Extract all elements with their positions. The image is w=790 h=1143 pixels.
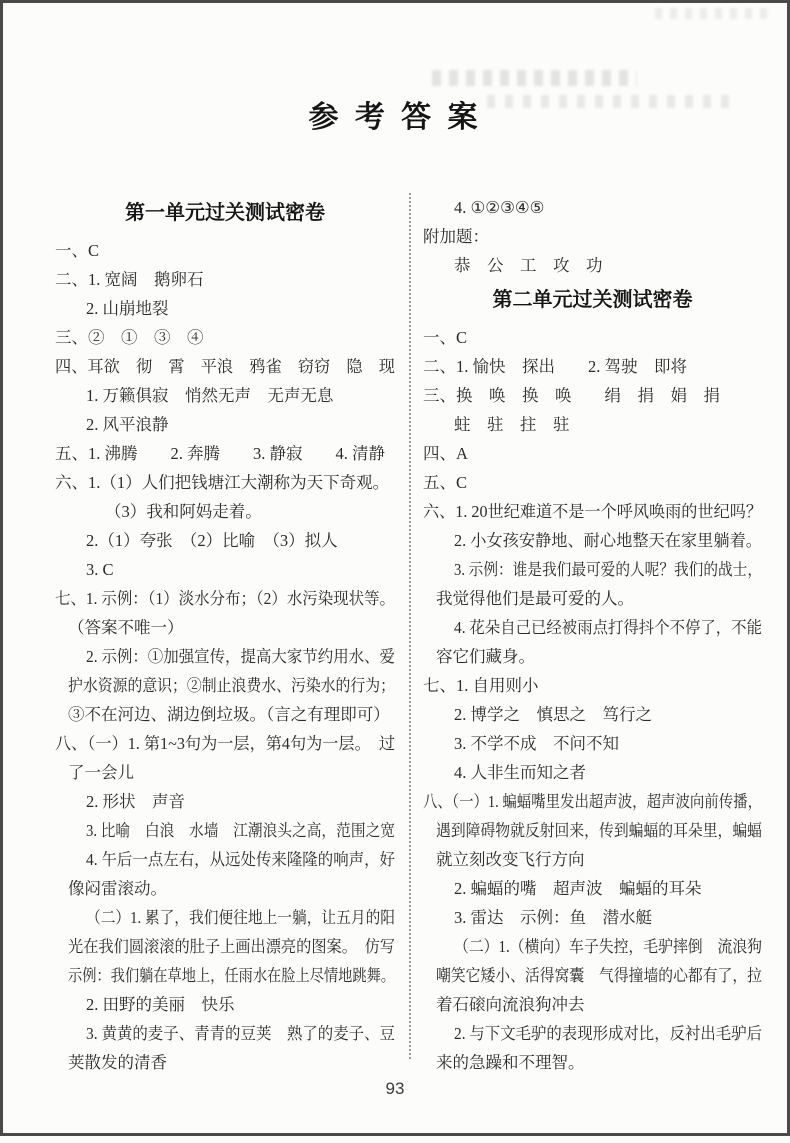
answer-line: 2. 形状 声音 [55,787,395,816]
answer-line: 五、1. 沸腾 2. 奔腾 3. 静寂 4. 清静 [55,439,395,468]
left-column: 第一单元过关测试密卷一、C二、1. 宽阔 鹅卵石2. 山崩地裂三、② ① ③ ④… [55,193,395,1077]
answer-line: 护水资源的意识；②制止浪费水、污染水的行为； [55,671,395,700]
answer-line: 3. 不学不成 不问不知 [423,729,762,758]
answer-line-text: 一、C [55,236,99,265]
answer-line-text: 4. 午后一点左右，从远处传来隆隆的响声，好 [86,845,395,874]
answer-line-text: 五、1. 沸腾 2. 奔腾 3. 静寂 4. 清静 [55,439,385,468]
answer-line-text: 2. 博学之 慎思之 笃行之 [454,700,652,729]
answer-line: 蛀 驻 拄 驻 [423,410,762,439]
answer-line-text: 四、A [423,439,468,468]
answer-line-text: 六、1.（1）人们把钱塘江大潮称为天下奇观。 [55,468,389,497]
answer-line-text: 八、（一）1. 第1~3句为一层，第4句为一层。 过 [55,729,395,758]
answer-line: 来的急躁和不理智。 [423,1048,762,1077]
answer-line: （答案不唯一） [55,613,395,642]
answer-line-text: 了一会儿 [68,758,134,787]
column-divider-dotted [409,193,411,1059]
answer-line: 五、C [423,468,762,497]
answer-line-text: 3. 雷达 示例：鱼 潜水艇 [454,903,652,932]
answer-line-text: 像闷雷滚动。 [68,874,167,903]
answer-line-text: 来的急躁和不理智。 [436,1048,585,1077]
answer-line-text: 4. 花朵自己已经被雨点打得抖个不停了，不能 [454,613,762,642]
answer-line: 2. 博学之 慎思之 笃行之 [423,700,762,729]
right-column: 4. ①②③④⑤附加题：恭 公 工 攻 功第二单元过关测试密卷一、C二、1. 愉… [423,193,762,1077]
answer-line-text: 六、1. 20世纪难道不是一个呼风唤雨的世纪吗？ [423,497,762,526]
answer-line-text: 二、1. 宽阔 鹅卵石 [55,265,204,294]
answer-line-text: 就立刻改变飞行方向 [436,845,585,874]
ink-showthrough-mark [432,70,637,86]
section-heading: 第一单元过关测试密卷 [55,199,395,228]
answer-line: 4. ①②③④⑤ [423,193,762,222]
ink-showthrough-mark [655,8,775,19]
answer-line: 荚散发的清香 [55,1048,395,1077]
answer-line-text: 示例：我们躺在草地上，任雨水在脸上尽情地跳舞。 [68,961,395,990]
answer-line: 七、1. 示例：（1）淡水分布；（2）水污染现状等。 [55,584,395,613]
answer-line: 三、② ① ③ ④ [55,323,395,352]
answer-line: 4. 午后一点左右，从远处传来隆隆的响声，好 [55,845,395,874]
answer-line-text: 四、耳欲 彻 霄 平浪 鸦雀 窃窃 隐 现 [55,352,395,381]
answer-line: 3. 黄黄的麦子、青青的豆荚 熟了的麦子、豆 [55,1019,395,1048]
answer-line-text: 七、1. 示例：（1）淡水分布；（2）水污染现状等。 [55,584,395,613]
page-number: 93 [386,1079,405,1099]
answer-line-text: 八、（一）1. 蝙蝠嘴里发出超声波，超声波向前传播， [423,787,762,816]
answer-line: 恭 公 工 攻 功 [423,251,762,280]
answer-line: 四、A [423,439,762,468]
answer-line: 容它们藏身。 [423,642,762,671]
answer-line: 示例：我们躺在草地上，任雨水在脸上尽情地跳舞。 [55,961,395,990]
answer-line: 一、C [423,323,762,352]
answer-line: 二、1. 愉快 探出 2. 驾驶 即将 [423,352,762,381]
answer-line: 六、1.（1）人们把钱塘江大潮称为天下奇观。 [55,468,395,497]
answer-line-text: 着石磙向流浪狗冲去 [436,990,585,1019]
answer-line: 2. 风平浪静 [55,410,395,439]
answer-line: （3）我和阿妈走着。 [55,497,395,526]
answer-line-text: 七、1. 自用则小 [423,671,539,700]
answer-line-text: 护水资源的意识；②制止浪费水、污染水的行为； [68,671,395,700]
answer-sheet-page: 参 考 答 案 第一单元过关测试密卷一、C二、1. 宽阔 鹅卵石2. 山崩地裂三… [0,98,790,1077]
answer-line-text: 2. 山崩地裂 [86,294,169,323]
section-heading-text: 第一单元过关测试密卷 [125,199,325,228]
answer-line: 3. 示例：谁是我们最可爱的人呢？我们的战士， [423,555,762,584]
answer-line: 遇到障碍物就反射回来，传到蝙蝠的耳朵里，蝙蝠 [423,816,762,845]
answer-line-text: 2.（1）夸张 （2）比喻 （3）拟人 [86,526,338,555]
answer-line: 我觉得他们是最可爱的人。 [423,584,762,613]
answer-line: 八、（一）1. 第1~3句为一层，第4句为一层。 过 [55,729,395,758]
answer-line-text: 五、C [423,468,467,497]
answer-line: 2. 小女孩安静地、耐心地整天在家里躺着。 [423,526,762,555]
answer-line-text: 4. 人非生而知之者 [454,758,586,787]
answer-line-text: 附加题： [423,222,489,251]
answer-line-text: 3. 示例：谁是我们最可爱的人呢？我们的战士， [454,555,762,584]
answer-line: ③不在河边、湖边倒垃圾。（言之有理即可） [55,700,395,729]
answer-line: 像闷雷滚动。 [55,874,395,903]
answer-line: 2. 山崩地裂 [55,294,395,323]
answer-line-text: 三、换 唤 换 唤 绢 捐 娟 捐 [423,381,720,410]
answer-line-text: 我觉得他们是最可爱的人。 [436,584,634,613]
answer-line: 嘲笑它矮小、活得窝囊 气得撞墙的心都有了，拉 [423,961,762,990]
answer-line: 了一会儿 [55,758,395,787]
answer-line-text: 光在我们圆滚滚的肚子上画出漂亮的图案。 仿写 [68,932,395,961]
answer-line-text: 2. 形状 声音 [86,787,185,816]
answer-line-text: 一、C [423,323,467,352]
answer-line-text: （答案不唯一） [68,613,184,642]
answer-line: 光在我们圆滚滚的肚子上画出漂亮的图案。 仿写 [55,932,395,961]
answer-line-text: 3. C [86,555,114,584]
answer-line-text: 1. 万籁俱寂 悄然无声 无声无息 [86,381,334,410]
answer-line-text: 恭 公 工 攻 功 [454,251,603,280]
answer-line-text: 二、1. 愉快 探出 2. 驾驶 即将 [423,352,687,381]
answer-line: 2.（1）夸张 （2）比喻 （3）拟人 [55,526,395,555]
answer-line-text: ③不在河边、湖边倒垃圾。（言之有理即可） [68,700,390,729]
answer-line-text: 三、② ① ③ ④ [55,323,204,352]
answer-columns: 第一单元过关测试密卷一、C二、1. 宽阔 鹅卵石2. 山崩地裂三、② ① ③ ④… [55,193,762,1077]
answer-line-text: （二）1. 累了，我们便往地上一躺，让五月的阳 [86,903,395,932]
answer-line: 四、耳欲 彻 霄 平浪 鸦雀 窃窃 隐 现 [55,352,395,381]
answer-line: 三、换 唤 换 唤 绢 捐 娟 捐 [423,381,762,410]
answer-line: 八、（一）1. 蝙蝠嘴里发出超声波，超声波向前传播， [423,787,762,816]
answer-line: 六、1. 20世纪难道不是一个呼风唤雨的世纪吗？ [423,497,762,526]
answer-line-text: 2. 风平浪静 [86,410,169,439]
answer-line-text: 2. 蝙蝠的嘴 超声波 蝙蝠的耳朵 [454,874,702,903]
answer-line-text: 3. 不学不成 不问不知 [454,729,619,758]
answer-line-text: （3）我和阿妈走着。 [105,497,262,526]
answer-line-text: 蛀 驻 拄 驻 [454,410,570,439]
answer-line-text: 2. 与下文毛驴的表现形成对比，反衬出毛驴后 [454,1019,762,1048]
answer-line-text: 容它们藏身。 [436,642,535,671]
answer-line-text: （二）1.（横向）车子失控，毛驴摔倒 流浪狗 [454,932,762,961]
section-heading-text: 第二单元过关测试密卷 [493,286,693,315]
answer-line: （二）1. 累了，我们便往地上一躺，让五月的阳 [55,903,395,932]
answer-line-text: 2. 小女孩安静地、耐心地整天在家里躺着。 [454,526,762,555]
answer-line-text: 嘲笑它矮小、活得窝囊 气得撞墙的心都有了，拉 [436,961,762,990]
section-heading: 第二单元过关测试密卷 [423,286,762,315]
answer-line: 着石磙向流浪狗冲去 [423,990,762,1019]
answer-line: 2. 田野的美丽 快乐 [55,990,395,1019]
answer-line: （二）1.（横向）车子失控，毛驴摔倒 流浪狗 [423,932,762,961]
answer-line: 3. 比喻 白浪 水墙 江潮浪头之高，范围之宽 [55,816,395,845]
answer-line-text: 2. 田野的美丽 快乐 [86,990,235,1019]
answer-line-text: 2. 示例：①加强宣传，提高大家节约用水、爱 [86,642,395,671]
answer-line: 4. 人非生而知之者 [423,758,762,787]
answer-line: 2. 蝙蝠的嘴 超声波 蝙蝠的耳朵 [423,874,762,903]
answer-line: 1. 万籁俱寂 悄然无声 无声无息 [55,381,395,410]
answer-line: 就立刻改变飞行方向 [423,845,762,874]
answer-line-text: 荚散发的清香 [68,1048,167,1077]
answer-line-text: 遇到障碍物就反射回来，传到蝙蝠的耳朵里，蝙蝠 [436,816,762,845]
answer-line-text: 3. 比喻 白浪 水墙 江潮浪头之高，范围之宽 [86,816,395,845]
answer-line: 一、C [55,236,395,265]
answer-line: 2. 与下文毛驴的表现形成对比，反衬出毛驴后 [423,1019,762,1048]
answer-line: 二、1. 宽阔 鹅卵石 [55,265,395,294]
answer-line: 4. 花朵自己已经被雨点打得抖个不停了，不能 [423,613,762,642]
answer-line: 七、1. 自用则小 [423,671,762,700]
answer-line: 2. 示例：①加强宣传，提高大家节约用水、爱 [55,642,395,671]
answer-line-text: 4. ①②③④⑤ [454,193,544,222]
answer-line-text: 3. 黄黄的麦子、青青的豆荚 熟了的麦子、豆 [86,1019,395,1048]
answer-line: 3. 雷达 示例：鱼 潜水艇 [423,903,762,932]
ink-showthrough-mark [487,95,737,108]
answer-line: 3. C [55,555,395,584]
answer-line: 附加题： [423,222,762,251]
